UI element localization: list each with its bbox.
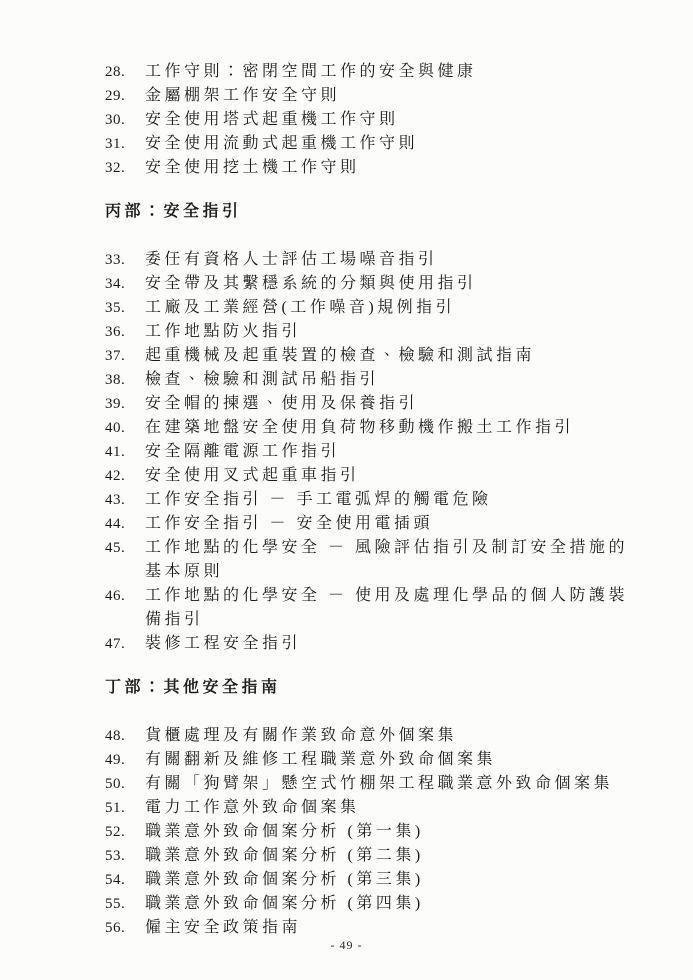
item-number: 54. bbox=[105, 868, 145, 892]
list-item: 52.職業意外致命個案分析 (第一集) bbox=[105, 820, 645, 844]
list-item: 42.安全使用叉式起重車指引 bbox=[105, 464, 645, 488]
list-item: 55.職業意外致命個案分析 (第四集) bbox=[105, 892, 645, 916]
item-text: 有關「狗臂架」懸空式竹棚架工程職業意外致命個案集 bbox=[145, 772, 645, 796]
item-text: 工作安全指引 － 手工電弧焊的觸電危險 bbox=[145, 488, 645, 512]
item-number: 40. bbox=[105, 416, 145, 440]
list-item: 54.職業意外致命個案分析 (第三集) bbox=[105, 868, 645, 892]
item-number: 47. bbox=[105, 632, 145, 656]
item-number: 41. bbox=[105, 440, 145, 464]
item-number: 43. bbox=[105, 488, 145, 512]
item-number: 46. bbox=[105, 584, 145, 608]
item-text: 僱主安全政策指南 bbox=[145, 916, 645, 940]
item-text: 電力工作意外致命個案集 bbox=[145, 796, 645, 820]
list-item: 36.工作地點防火指引 bbox=[105, 320, 645, 344]
list-item: 34.安全帶及其繫穩系統的分類與使用指引 bbox=[105, 272, 645, 296]
item-text: 工作地點的化學安全 － 使用及處理化學品的個人防護裝備指引 bbox=[145, 584, 645, 632]
list-item: 48.貨櫃處理及有關作業致命意外個案集 bbox=[105, 724, 645, 748]
item-text: 安全使用塔式起重機工作守則 bbox=[145, 108, 645, 132]
list-item: 47.裝修工程安全指引 bbox=[105, 632, 645, 656]
item-number: 32. bbox=[105, 156, 145, 180]
item-number: 35. bbox=[105, 296, 145, 320]
item-number: 52. bbox=[105, 820, 145, 844]
item-text: 工作守則：密閉空間工作的安全與健康 bbox=[145, 60, 645, 84]
list-item: 56.僱主安全政策指南 bbox=[105, 916, 645, 940]
item-text: 在建築地盤安全使用負荷物移動機作搬土工作指引 bbox=[145, 416, 645, 440]
item-text: 工廠及工業經營(工作噪音)規例指引 bbox=[145, 296, 645, 320]
list-item: 44.工作安全指引 － 安全使用電插頭 bbox=[105, 512, 645, 536]
item-number: 51. bbox=[105, 796, 145, 820]
list-item: 51.電力工作意外致命個案集 bbox=[105, 796, 645, 820]
item-text: 安全帽的揀選、使用及保養指引 bbox=[145, 392, 645, 416]
item-text: 有關翻新及維修工程職業意外致命個案集 bbox=[145, 748, 645, 772]
list-item: 41.安全隔離電源工作指引 bbox=[105, 440, 645, 464]
item-text: 安全使用挖土機工作守則 bbox=[145, 156, 645, 180]
item-text: 安全使用叉式起重車指引 bbox=[145, 464, 645, 488]
list-item: 38.檢查、檢驗和測試吊船指引 bbox=[105, 368, 645, 392]
list-item: 43.工作安全指引 － 手工電弧焊的觸電危險 bbox=[105, 488, 645, 512]
list-item: 50.有關「狗臂架」懸空式竹棚架工程職業意外致命個案集 bbox=[105, 772, 645, 796]
item-text: 貨櫃處理及有關作業致命意外個案集 bbox=[145, 724, 645, 748]
list-item: 45.工作地點的化學安全 － 風險評估指引及制訂安全措施的基本原則 bbox=[105, 536, 645, 584]
item-text: 裝修工程安全指引 bbox=[145, 632, 645, 656]
item-text: 檢查、檢驗和測試吊船指引 bbox=[145, 368, 645, 392]
item-number: 30. bbox=[105, 108, 145, 132]
item-number: 48. bbox=[105, 724, 145, 748]
item-number: 53. bbox=[105, 844, 145, 868]
list-item: 35.工廠及工業經營(工作噪音)規例指引 bbox=[105, 296, 645, 320]
item-text: 安全隔離電源工作指引 bbox=[145, 440, 645, 464]
document-page: 28.工作守則：密閉空間工作的安全與健康29.金屬棚架工作安全守則30.安全使用… bbox=[0, 0, 693, 980]
item-text: 職業意外致命個案分析 (第二集) bbox=[145, 844, 645, 868]
list-item: 33.委任有資格人士評估工場噪音指引 bbox=[105, 248, 645, 272]
item-text: 安全帶及其繫穩系統的分類與使用指引 bbox=[145, 272, 645, 296]
item-text: 金屬棚架工作安全守則 bbox=[145, 84, 645, 108]
section: 丙部：安全指引33.委任有資格人士評估工場噪音指引34.安全帶及其繫穩系統的分類… bbox=[105, 200, 645, 656]
item-text: 職業意外致命個案分析 (第三集) bbox=[145, 868, 645, 892]
item-number: 39. bbox=[105, 392, 145, 416]
list-item: 29.金屬棚架工作安全守則 bbox=[105, 84, 645, 108]
item-number: 31. bbox=[105, 132, 145, 156]
item-number: 37. bbox=[105, 344, 145, 368]
item-number: 34. bbox=[105, 272, 145, 296]
list-item: 39.安全帽的揀選、使用及保養指引 bbox=[105, 392, 645, 416]
section: 丁部：其他安全指南48.貨櫃處理及有關作業致命意外個案集49.有關翻新及維修工程… bbox=[105, 676, 645, 940]
item-number: 45. bbox=[105, 536, 145, 560]
list-item: 53.職業意外致命個案分析 (第二集) bbox=[105, 844, 645, 868]
item-number: 33. bbox=[105, 248, 145, 272]
item-number: 44. bbox=[105, 512, 145, 536]
item-text: 工作地點的化學安全 － 風險評估指引及制訂安全措施的基本原則 bbox=[145, 536, 645, 584]
item-number: 29. bbox=[105, 84, 145, 108]
item-number: 50. bbox=[105, 772, 145, 796]
item-number: 36. bbox=[105, 320, 145, 344]
list-item: 32.安全使用挖土機工作守則 bbox=[105, 156, 645, 180]
list-item: 31.安全使用流動式起重機工作守則 bbox=[105, 132, 645, 156]
item-text: 職業意外致命個案分析 (第一集) bbox=[145, 820, 645, 844]
document-content: 28.工作守則：密閉空間工作的安全與健康29.金屬棚架工作安全守則30.安全使用… bbox=[105, 60, 645, 940]
list-item: 30.安全使用塔式起重機工作守則 bbox=[105, 108, 645, 132]
page-number: - 49 - bbox=[0, 938, 693, 953]
item-number: 56. bbox=[105, 916, 145, 940]
item-number: 55. bbox=[105, 892, 145, 916]
item-number: 28. bbox=[105, 60, 145, 84]
list-item: 49.有關翻新及維修工程職業意外致命個案集 bbox=[105, 748, 645, 772]
item-text: 起重機械及起重裝置的檢查、檢驗和測試指南 bbox=[145, 344, 645, 368]
item-text: 工作安全指引 － 安全使用電插頭 bbox=[145, 512, 645, 536]
item-text: 委任有資格人士評估工場噪音指引 bbox=[145, 248, 645, 272]
section-header: 丁部：其他安全指南 bbox=[105, 676, 645, 700]
section-header: 丙部：安全指引 bbox=[105, 200, 645, 224]
item-number: 49. bbox=[105, 748, 145, 772]
item-number: 42. bbox=[105, 464, 145, 488]
item-text: 安全使用流動式起重機工作守則 bbox=[145, 132, 645, 156]
list-item: 28.工作守則：密閉空間工作的安全與健康 bbox=[105, 60, 645, 84]
list-item: 40.在建築地盤安全使用負荷物移動機作搬土工作指引 bbox=[105, 416, 645, 440]
list-item: 46.工作地點的化學安全 － 使用及處理化學品的個人防護裝備指引 bbox=[105, 584, 645, 632]
item-text: 職業意外致命個案分析 (第四集) bbox=[145, 892, 645, 916]
section: 28.工作守則：密閉空間工作的安全與健康29.金屬棚架工作安全守則30.安全使用… bbox=[105, 60, 645, 180]
item-number: 38. bbox=[105, 368, 145, 392]
item-text: 工作地點防火指引 bbox=[145, 320, 645, 344]
list-item: 37.起重機械及起重裝置的檢查、檢驗和測試指南 bbox=[105, 344, 645, 368]
